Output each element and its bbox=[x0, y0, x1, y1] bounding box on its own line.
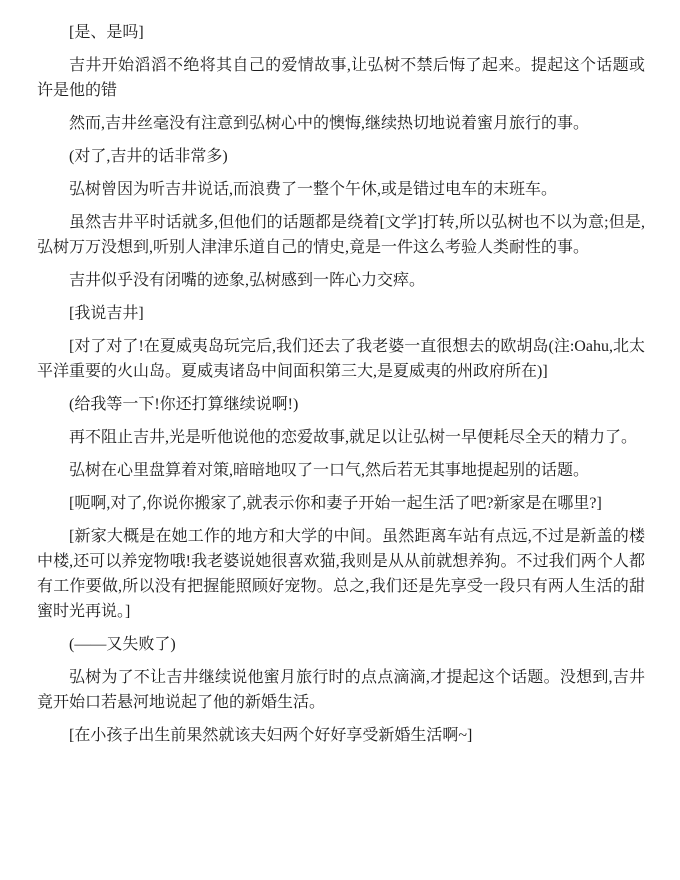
story-text-body: [是、是吗]吉井开始滔滔不绝将其自己的爱情故事,让弘树不禁后悔了起来。提起这个话… bbox=[37, 20, 645, 748]
paragraph: 再不阻止吉井,光是听他说他的恋爱故事,就足以让弘树一早便耗尽全天的精力了。 bbox=[37, 425, 645, 450]
paragraph: [我说吉井] bbox=[37, 301, 645, 326]
paragraph: 虽然吉井平时话就多,但他们的话题都是绕着[文学]打转,所以弘树也不以为意;但是,… bbox=[37, 210, 645, 260]
paragraph: 弘树曾因为听吉井说话,而浪费了一整个午休,或是错过电车的末班车。 bbox=[37, 177, 645, 202]
paragraph: (——又失败了) bbox=[37, 632, 645, 657]
paragraph: [对了对了!在夏威夷岛玩完后,我们还去了我老婆一直很想去的欧胡岛(注:Oahu,… bbox=[37, 334, 645, 384]
paragraph: [是、是吗] bbox=[37, 20, 645, 45]
paragraph: 然而,吉井丝毫没有注意到弘树心中的懊悔,继续热切地说着蜜月旅行的事。 bbox=[37, 111, 645, 136]
paragraph: [呃啊,对了,你说你搬家了,就表示你和妻子开始一起生活了吧?新家是在哪里?] bbox=[37, 491, 645, 516]
paragraph: [在小孩子出生前果然就该夫妇两个好好享受新婚生活啊~] bbox=[37, 723, 645, 748]
paragraph: [新家大概是在她工作的地方和大学的中间。虽然距离车站有点远,不过是新盖的楼中楼,… bbox=[37, 524, 645, 624]
document-page: [是、是吗]吉井开始滔滔不绝将其自己的爱情故事,让弘树不禁后悔了起来。提起这个话… bbox=[0, 0, 680, 880]
paragraph: 吉井似乎没有闭嘴的迹象,弘树感到一阵心力交瘁。 bbox=[37, 268, 645, 293]
paragraph: (给我等一下!你还打算继续说啊!) bbox=[37, 392, 645, 417]
paragraph: 弘树为了不让吉井继续说他蜜月旅行时的点点滴滴,才提起这个话题。没想到,吉井竟开始… bbox=[37, 665, 645, 715]
paragraph: 弘树在心里盘算着对策,暗暗地叹了一口气,然后若无其事地提起别的话题。 bbox=[37, 458, 645, 483]
paragraph: (对了,吉井的话非常多) bbox=[37, 144, 645, 169]
paragraph: 吉井开始滔滔不绝将其自己的爱情故事,让弘树不禁后悔了起来。提起这个话题或许是他的… bbox=[37, 53, 645, 103]
